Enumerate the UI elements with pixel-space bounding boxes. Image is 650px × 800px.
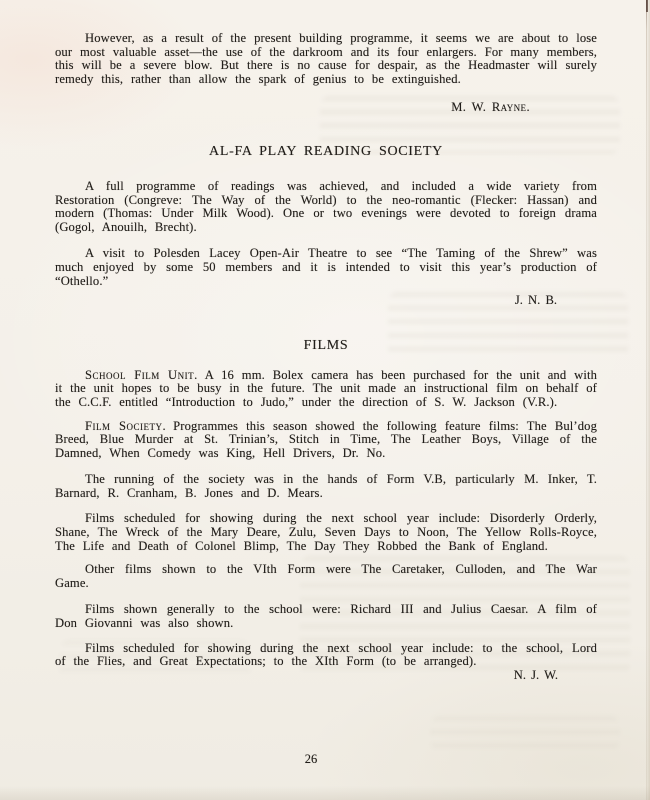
- page-number: 26: [0, 752, 622, 767]
- text-column: However, as a result of the present buil…: [55, 32, 597, 682]
- paragraph-sixth-form-films: Other films shown to the VIth Form were …: [55, 563, 597, 590]
- lead-film-society: Film Society.: [85, 419, 166, 433]
- lead-school-film-unit: School Film Unit.: [85, 368, 198, 382]
- paragraph-general-films: Films shown generally to the school were…: [55, 603, 597, 630]
- paragraph-school-film-unit: School Film Unit.A 16 mm. Bolex camera h…: [55, 369, 597, 410]
- heading-al-fa-play-reading-society: AL-FA PLAY READING SOCIETY: [55, 145, 597, 159]
- heading-films: FILMS: [55, 339, 597, 353]
- page-corner-mark: [646, 0, 649, 12]
- paragraph-film-society: Film Society.Programmes this season show…: [55, 420, 597, 461]
- page-bottom-shade: [0, 786, 650, 800]
- magazine-page: However, as a result of the present buil…: [0, 0, 650, 800]
- signature-njw: N. J. W.: [55, 669, 597, 683]
- signature-mw-rayne-text: M. W. Rayne.: [451, 100, 530, 114]
- page-edge-seam: [646, 0, 648, 800]
- signature-jnb: J. N. B.: [55, 294, 597, 308]
- paragraph-building-programme: However, as a result of the present buil…: [55, 32, 597, 86]
- signature-mw-rayne: M. W. Rayne.: [55, 101, 597, 115]
- paragraph-next-year-films: Films scheduled for showing during the n…: [55, 642, 597, 669]
- paragraph-society-running: The running of the society was in the ha…: [55, 473, 597, 500]
- paragraph-films-scheduled: Films scheduled for showing during the n…: [55, 512, 597, 553]
- paragraph-readings-programme: A full programme of readings was achieve…: [55, 180, 597, 234]
- paragraph-polesden-lacey-visit: A visit to Polesden Lacey Open-Air Theat…: [55, 247, 597, 288]
- show-through-artifact: [430, 716, 620, 750]
